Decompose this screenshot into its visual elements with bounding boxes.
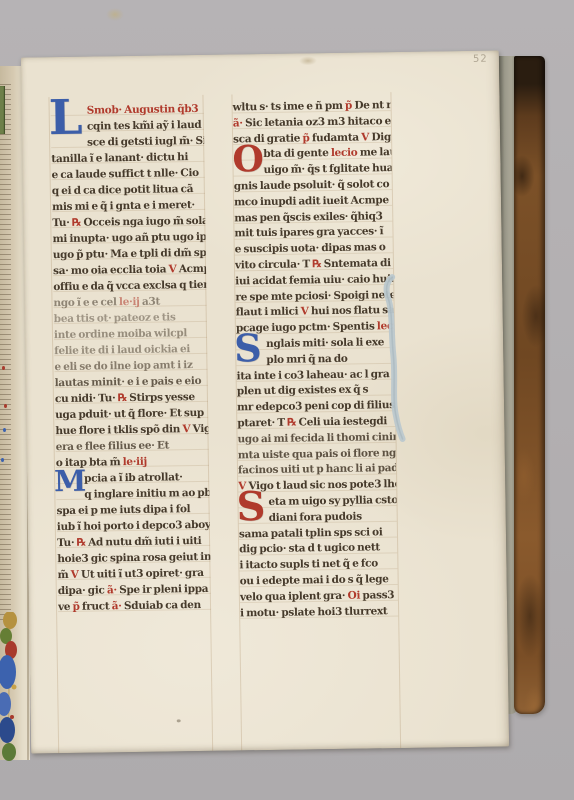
body-text: ptaret· T <box>237 417 287 430</box>
body-text: cu nidi· Tu· <box>55 392 118 405</box>
body-text: uigo m̃· q̃s t fglitate huai <box>263 162 391 176</box>
body-text: m̃ <box>57 569 70 581</box>
body-text: mta uiste qua pais oi flore ngist <box>238 446 396 461</box>
rubric-text: lecio <box>331 147 360 159</box>
body-text: e suscipis uota· dipas mas o <box>235 241 386 255</box>
rubric-text: V <box>168 263 178 275</box>
body-text: ngo ĩ e e cel <box>53 296 119 309</box>
text-column-right: wltu s· ts ime e ñ pm p̃ De nt r ã· Si… <box>233 98 399 622</box>
rubric-text: ã· <box>233 117 245 129</box>
parchment-stain <box>299 56 317 65</box>
red-fleck <box>2 366 5 370</box>
lombard-initial-S: S <box>236 490 265 524</box>
body-text: ou i edepte mai i do s q̃ lege <box>240 573 389 587</box>
text-column-left: Smob· Augustin q̃b3 cqin tes km̃i aỹ i … <box>51 101 212 615</box>
rubric-text: V <box>182 423 192 435</box>
body-text: nglais miti· sola li exe <box>266 336 384 350</box>
blue-fleck <box>1 458 4 462</box>
bookmark-ribbon <box>374 267 421 458</box>
rubric-text: ℞ <box>287 416 299 428</box>
body-text: e ca laude suffict t nlle· Cio <box>52 167 199 181</box>
underlying-page-text-edge <box>0 84 11 624</box>
body-text: mis mi e q̃ i gnta e i meret· <box>52 199 195 213</box>
photograph-background: 52 Smob· Augustin q̃b3 cqin tes km̃i aỹ… <box>0 0 574 800</box>
rubric-text: V <box>301 306 311 318</box>
body-text: q ei d ca dice potit litua cã <box>52 183 194 197</box>
body-text: i motu· pslate hoi3 tlurrext <box>240 605 387 619</box>
body-text: sa· mo oia ecclia toia <box>53 263 169 277</box>
body-text: Sduiab ca den <box>124 599 201 612</box>
body-text: Tu· <box>57 537 77 549</box>
body-text: me laud· <box>360 146 392 159</box>
rubric-text: Smob· Augustin q̃b3 <box>87 103 199 117</box>
body-text: dipa· gic <box>58 584 107 597</box>
body-text: bta di gente <box>263 147 331 160</box>
body-text: pcia a ĩ ib atrollat· <box>84 471 183 484</box>
body-text: vito circula· T <box>235 258 312 271</box>
body-text: plo mri q̃ na do <box>266 353 347 366</box>
body-text: Ut uiti ĩ ut3 opiret· gra <box>81 567 204 581</box>
body-text: e eli se do ilne iop amt i iz <box>54 359 192 373</box>
rubric-text: ã· <box>107 584 119 596</box>
body-text: Vigo t laud sic nos pote3 lhee <box>248 478 396 492</box>
body-text: Occeis nga iugo m̃ sola <box>83 215 205 229</box>
body-text: eta m uigo sy pyllia csto <box>268 494 396 508</box>
body-text: inte ordine moiba wilcpl <box>54 327 187 341</box>
blue-fleck <box>3 428 6 432</box>
illumination-fragment-top <box>0 86 5 134</box>
background-stain <box>106 8 124 21</box>
rubric-text: V <box>71 569 81 581</box>
rubric-text: p̃ <box>302 132 312 144</box>
body-text: ve <box>58 601 73 613</box>
body-text: Acmpe <box>179 263 206 276</box>
body-text: De nt r <box>354 99 390 112</box>
body-text: hue flore i tklis spõ din <box>55 423 182 437</box>
body-text: iui acidat femia uiu· caio huic flo <box>235 273 393 288</box>
body-text: uga pduit· ut q̃ flore· Et sup <box>55 407 204 421</box>
body-text: mi inupta· ugo añ ptu ugo iptu <box>52 231 205 245</box>
body-text: sce di getsti iugl m̃· Sig ner <box>87 134 204 148</box>
folio-number: 52 <box>473 54 488 65</box>
body-text: hoie3 gic spina rosa geiut inba <box>57 551 210 565</box>
body-text: plen ut dig existes ex q̃ s <box>237 384 369 398</box>
rubric-text: ℞ <box>312 258 324 270</box>
lombard-initial-S: S <box>234 332 262 365</box>
body-text: offiu e da q̃ vcca exclsa q tiem <box>53 279 206 293</box>
rubric-text: ã· <box>112 600 124 612</box>
body-text: Digne <box>371 130 391 142</box>
body-text: wltu s· ts ime e ñ pm <box>233 100 346 114</box>
rubric-text: ℞ <box>72 217 84 229</box>
body-text: mas pen q̃scis exiles· q̃hiq3 <box>234 210 382 224</box>
body-text: fruct <box>82 600 112 612</box>
body-text: cqin tes km̃i aỹ i laud <box>87 119 202 133</box>
body-text: q inglare initiu m ao pbii <box>84 487 209 501</box>
rubric-text: ℞ <box>77 537 89 549</box>
body-text: Vigo <box>193 423 209 435</box>
lombard-initial-O: O <box>232 144 264 175</box>
rubric-text: le·iij <box>123 456 147 468</box>
illuminated-border-fragment <box>0 612 26 762</box>
body-text: Sic letania oz3 m3 hitaco eintr <box>245 115 391 129</box>
lombard-initial-L: L <box>48 98 82 139</box>
body-text: i itacto supls ti net q̃ e fco <box>239 557 378 571</box>
rubric-text: p̃ <box>72 601 82 613</box>
body-text: lautas minit· e i e pais e eio <box>55 375 202 389</box>
body-text: Celi uia iestegdi <box>299 415 388 428</box>
rubric-text: le·ij <box>119 296 142 308</box>
body-text: facinos uiti ut p hanc li ai padi <box>238 462 396 476</box>
ink-speck <box>177 719 181 722</box>
body-text: tanilla ĩ e lanant· dictu hi <box>51 151 188 165</box>
rubric-text: p̃ <box>345 100 355 112</box>
body-text: mco inupdi adit iueit Acmpe <box>234 194 389 208</box>
text-line: iui acidat femia uiu· caio huic flo <box>235 272 393 290</box>
body-text: spa ei p me iuts dipa i fol <box>57 503 191 517</box>
text-line: ã· Sic letania oz3 m3 hitaco eintr <box>233 114 391 132</box>
text-line: velo qua iplent gra· Oi pass3 <box>240 588 398 606</box>
leather-cover-edge <box>514 56 545 714</box>
red-fleck <box>4 404 7 408</box>
body-text: iub ĩ hoi porto i depco3 aboy <box>57 519 210 533</box>
body-text: felie ite di i laud oickia ei <box>54 343 190 357</box>
text-line: ve p̃ fruct ã· Sduiab ca den <box>58 597 211 615</box>
body-text: pass3 <box>362 589 394 601</box>
lombard-initial-M: M <box>54 469 86 494</box>
body-text: bea ttis ot· pateoz e tis <box>54 311 176 325</box>
body-text: flaut i mlici <box>236 306 301 319</box>
text-line: facinos uiti ut p hanc li ai padi <box>238 461 396 479</box>
body-text: mit tuis ipares gra yacces· ĩ <box>234 226 383 240</box>
body-text: era e flee filius ee· Et <box>56 439 170 453</box>
body-text: a3t <box>142 296 160 308</box>
rubric-text: V <box>361 131 371 143</box>
body-text: fudamta <box>312 131 362 144</box>
manuscript-page: 52 Smob· Augustin q̃b3 cqin tes km̃i aỹ… <box>21 50 509 753</box>
rubric-text: ℞ <box>118 392 130 404</box>
text-line: lautas minit· e i e pais e eio <box>55 373 208 391</box>
body-text: diani fora pudois <box>269 510 362 523</box>
body-text: Spe ir pleni ippa <box>119 583 208 596</box>
text-line: i motu· pslate hoi3 tlurrext <box>240 604 398 622</box>
body-text: ugo ai mi fecida li thomi cinine <box>237 431 395 446</box>
body-text: Tu· <box>52 217 72 229</box>
text-line: mco inupdi adit iueit Acmpe <box>234 193 392 211</box>
body-text: Stirps yesse <box>129 391 195 404</box>
body-text: re spe mte pciosi· Spoigi netes q̃ <box>235 288 393 303</box>
body-text: gnis laude psoluit· q̃ solot co <box>234 178 390 192</box>
body-text: ugo p̃ ptu· Ma e tpli di dm̃ spõ <box>53 247 206 261</box>
body-text: Ad nutu dm̃ iuti i uiti <box>88 535 201 549</box>
text-line: era e flee filius ee· Et <box>56 437 209 455</box>
body-text: mr edepco3 peni cop di filius <box>237 399 395 413</box>
body-text: velo qua iplent gra· <box>240 590 348 604</box>
rubric-text: Oi <box>347 589 362 601</box>
body-text: dig pcio· sta d t ugico nett <box>239 542 380 556</box>
